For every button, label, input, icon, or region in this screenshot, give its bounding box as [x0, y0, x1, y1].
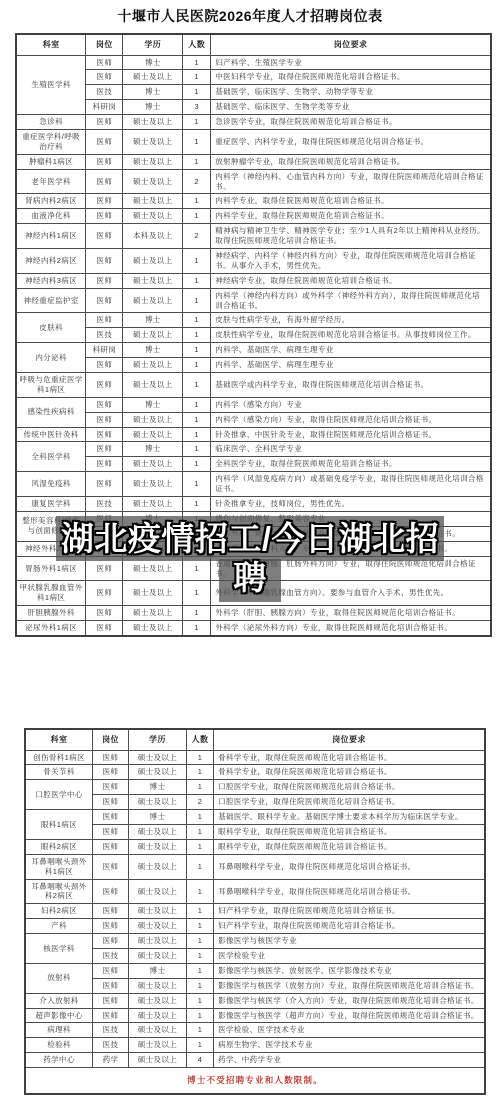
table-row: 介入放射科医师硕士及以上1影像医学与核医学（介入方向）专业，取得住院医师规范化培… — [25, 993, 485, 1008]
requirement-cell: 病原生物学、医学技术专业 — [214, 1038, 485, 1053]
requirement-cell: 影像医学与核医学、放射医学、医学影像技术专业 — [214, 963, 485, 978]
post-cell: 医师 — [86, 358, 123, 373]
requirement-cell: 妇产科学、生殖医学专业 — [211, 55, 491, 70]
degree-cell: 硕士及以上 — [128, 993, 186, 1008]
requirement-cell: 眼科学专业，取得住院医师规范化培训合格证书。 — [214, 839, 485, 854]
count-cell: 1 — [183, 497, 211, 512]
requirement-cell: 神经病学、内科学（神经内科方向）专业，取得住院医师规范化培训合格证书。从事介入手… — [211, 249, 491, 274]
degree-cell: 硕士及以上 — [123, 358, 183, 373]
requirement-cell: 口腔医学专业，取得住院医师规范化培训合格证书。 — [214, 795, 485, 810]
degree-cell: 硕士及以上 — [128, 1023, 186, 1038]
requirement-cell: 内科学（神经内科方向）或外科学（神经外科方向），取得住院医师规范化培训合格证书。 — [211, 288, 491, 313]
requirement-cell: 外科学（泌尿外科方向）专业，取得住院医师规范化培训合格证书。 — [211, 621, 491, 636]
requirement-cell: 内科学（风湿免疫病方向）或基础免疫学专业，取得住院医师规范化培训合格证书。 — [211, 472, 491, 497]
count-cell: 1 — [186, 750, 213, 765]
requirement-cell: 妇产科学专业，取得住院医师规范化培训合格证书。 — [214, 919, 485, 934]
table-row: 医师硕士及以上1全科医学专业，取得住院医师规范化培训合格证书。 — [16, 457, 491, 472]
post-cell: 医师 — [86, 457, 123, 472]
dept-cell: 放射科 — [25, 963, 93, 993]
post-cell: 医师 — [86, 273, 123, 288]
post-cell: 医师 — [86, 472, 123, 497]
post-cell: 医师 — [86, 373, 123, 398]
count-cell: 1 — [183, 541, 211, 556]
degree-cell: 硕士及以上 — [123, 154, 183, 169]
degree-cell: 博士 — [123, 85, 183, 100]
count-cell: 1 — [183, 130, 211, 155]
degree-cell: 硕士及以上 — [123, 373, 183, 398]
dept-cell: 妇科2病区 — [25, 904, 93, 919]
post-cell: 医师 — [93, 904, 129, 919]
count-cell: 1 — [186, 854, 213, 879]
table-row: 内分泌科科研岗博士1内科学、基础医学、病理生理专业 — [16, 343, 491, 358]
degree-cell: 硕士及以上 — [123, 115, 183, 130]
degree-cell: 硕士及以上 — [128, 765, 186, 780]
degree-cell: 博士 — [128, 810, 186, 825]
dept-cell: 介入放射科 — [25, 993, 93, 1008]
requirement-cell: 整形外科、烧伤与创面修复专业，取得住院医师规范化培训合格证书。 — [211, 526, 491, 541]
degree-cell: 硕士及以上 — [128, 839, 186, 854]
table-row: 神经重症监护室医师硕士及以上1内科学（神经内科方向）或外科学（神经外科方向），取… — [16, 288, 491, 313]
degree-cell: 博士 — [123, 55, 183, 70]
dept-cell: 老年医学科 — [16, 169, 86, 194]
requirement-cell: 外科学（神经外科方向）专业，取得住院医师规范化培训合格证书。 — [211, 541, 491, 556]
requirement-cell: 口腔医学专业，取得住院医师规范化培训合格证书。 — [214, 780, 485, 795]
table-row: 医师硕士及以上1内科学、基础医学、病理生理专业 — [16, 358, 491, 373]
requirement-cell: 医学检验、医学技术专业 — [214, 1023, 485, 1038]
requirement-cell: 烧伤与创面修复、整形美容专业 — [211, 511, 491, 526]
dept-cell: 皮肤科 — [16, 313, 86, 343]
table-row: 医技硕士及以上1医学检验专业 — [25, 949, 485, 964]
requirement-cell: 重症医学、内科学专业，取得住院医师规范化培训合格证书。 — [211, 130, 491, 155]
recruit-table-part2: 科室岗位学历人数岗位要求创伤骨科1病区医师硕士及以上1骨科学专业，取得住院医师规… — [24, 728, 486, 1095]
post-cell: 科研岗 — [86, 100, 123, 115]
count-cell: 1 — [183, 85, 211, 100]
degree-cell: 硕士及以上 — [123, 581, 183, 606]
post-cell: 医师 — [86, 194, 123, 209]
dept-cell: 眼科2病区 — [25, 839, 93, 854]
table-row: 泌尿外科1病区医师硕士及以上1外科学（泌尿外科方向）专业，取得住院医师规范化培训… — [16, 621, 491, 636]
degree-cell: 硕士及以上 — [128, 1053, 186, 1068]
dept-cell: 病理科 — [25, 1023, 93, 1038]
table-row: 产科医师硕士及以上1妇产科学专业，取得住院医师规范化培训合格证书。 — [25, 919, 485, 934]
table-row: 血液净化科医师硕士及以上1内科学专业，取得住院医师规范化培训合格证书。 — [16, 209, 491, 224]
count-cell: 1 — [183, 526, 211, 541]
requirement-cell: 放射肿瘤学专业，取得住院医师规范化培训合格证书。 — [211, 154, 491, 169]
count-cell: 1 — [183, 115, 211, 130]
header-row: 科室岗位学历人数岗位要求 — [16, 34, 491, 55]
requirement-cell: 急诊医学专业，取得住院医师规范化培训合格证书。 — [211, 115, 491, 130]
count-cell: 1 — [186, 1038, 213, 1053]
table-row: 重症医学科/呼吸治疗科医师硕士及以上1重症医学、内科学专业，取得住院医师规范化培… — [16, 130, 491, 155]
degree-cell: 硕士及以上 — [123, 606, 183, 621]
count-cell: 1 — [186, 993, 213, 1008]
table-row: 放射科医师博士1影像医学与核医学、放射医学、医学影像技术专业 — [25, 963, 485, 978]
table-row: 全科医学科医师博士1临床医学、全科医学专业 — [16, 442, 491, 457]
count-cell: 1 — [183, 249, 211, 274]
degree-cell: 硕士及以上 — [123, 556, 183, 581]
count-cell: 1 — [183, 209, 211, 224]
degree-cell: 硕士及以上 — [123, 209, 183, 224]
requirement-cell: 基础医学、眼科学专业。基础医学博士要求本科学历为临床医学专业。 — [214, 810, 485, 825]
count-cell: 1 — [186, 780, 213, 795]
count-cell: 1 — [186, 810, 213, 825]
dept-cell: 肾病内科2病区 — [16, 194, 86, 209]
table-row: 检验科医技硕士及以上1病原生物学、医学技术专业 — [25, 1038, 485, 1053]
requirement-cell: 基础医学、临床医学、生物学类等专业 — [211, 100, 491, 115]
degree-cell: 硕士及以上 — [128, 919, 186, 934]
requirement-cell: 基础医学或内科学专业，取得住院医师规范化培训合格证书。 — [211, 373, 491, 398]
table-row: 医技博士1基础医学、临床医学、生物学、动物学等专业 — [16, 85, 491, 100]
requirement-cell: 内科学专业，取得住院医师规范化培训合格证书。 — [211, 209, 491, 224]
table-row: 皮肤科医师博士1皮肤与性病学专业，有海外留学经历。 — [16, 313, 491, 328]
post-cell: 医师 — [93, 750, 129, 765]
degree-cell: 硕士及以上 — [123, 249, 183, 274]
requirement-cell: 针灸推拿、中医针灸专业，取得住院医师规范化培训合格证书。 — [211, 427, 491, 442]
dept-cell: 泌尿外科1病区 — [16, 621, 86, 636]
table-row: 耳鼻咽喉头颈外科2病区医师硕士及以上1耳鼻咽喉科学专业，取得住院医师规范化培训合… — [25, 879, 485, 904]
post-cell: 医师 — [86, 397, 123, 412]
degree-cell: 博士 — [123, 511, 183, 526]
degree-cell: 硕士及以上 — [123, 526, 183, 541]
table-row: 神经内科3病区医师硕士及以上1神经病学专业，取得住院医师规范化培训合格证书。 — [16, 273, 491, 288]
count-cell: 1 — [183, 581, 211, 606]
col-header: 学历 — [128, 729, 186, 750]
count-cell: 1 — [186, 934, 213, 949]
count-cell: 2 — [186, 795, 213, 810]
degree-cell: 硕士及以上 — [128, 1008, 186, 1023]
page-title: 十堰市人民医院2026年度人才招聘岗位表 — [0, 6, 500, 26]
degree-cell: 硕士及以上 — [123, 70, 183, 85]
requirement-cell: 影像医学与核医学专业 — [214, 934, 485, 949]
table-row: 神经内科1病区医师本科及以上2精神病与精神卫生学、精神医学专业；至少1人具有2年… — [16, 224, 491, 249]
table-row: 科研岗博士3基础医学、临床医学、生物学类等专业 — [16, 100, 491, 115]
post-cell: 医师 — [93, 765, 129, 780]
table-row: 妇科2病区医师硕士及以上1妇产科学专业，取得住院医师规范化培训合格证书。 — [25, 904, 485, 919]
count-cell: 1 — [183, 328, 211, 343]
table-row: 老年医学科医师硕士及以上2内科学（神经内科、心血管内科方向）专业，取得住院医师规… — [16, 169, 491, 194]
table-row: 耳鼻咽喉头颈外科1病区医师硕士及以上1耳鼻咽喉科学专业，取得住院医师规范化培训合… — [25, 854, 485, 879]
post-cell: 医师 — [86, 412, 123, 427]
count-cell: 1 — [183, 55, 211, 70]
post-cell: 医师 — [86, 313, 123, 328]
dept-cell: 内分泌科 — [16, 343, 86, 373]
count-cell: 1 — [183, 70, 211, 85]
table-row: 整形美容科/烧伤与创面修复科医师博士1烧伤与创面修复、整形美容专业 — [16, 511, 491, 526]
count-cell: 1 — [183, 606, 211, 621]
dept-cell: 核医学科 — [25, 934, 93, 964]
count-cell: 1 — [186, 765, 213, 780]
count-cell: 1 — [183, 442, 211, 457]
col-header: 科室 — [25, 729, 93, 750]
col-header: 岗位 — [86, 34, 123, 55]
requirement-cell: 外科学（肝胆、胰腺方向）专业，取得住院医师规范化培训合格证书。 — [211, 606, 491, 621]
count-cell: 1 — [186, 879, 213, 904]
col-header: 岗位要求 — [214, 729, 485, 750]
count-cell: 2 — [183, 169, 211, 194]
requirement-cell: 医学检验专业 — [214, 949, 485, 964]
table-row: 胃肠外科1病区医师硕士及以上1普通外科学（胃肠、肛肠外科方向）专业，取得住院医师… — [16, 556, 491, 581]
dept-cell: 眼科1病区 — [25, 810, 93, 840]
recruit-table-part1: 科室岗位学历人数岗位要求生殖医学科医师博士1妇产科学、生殖医学专业医师硕士及以上… — [15, 33, 492, 637]
dept-cell: 风湿免疫科 — [16, 472, 86, 497]
dept-cell: 神经外科2病区 — [16, 541, 86, 556]
table-row: 核医学科医师硕士及以上1影像医学与核医学专业 — [25, 934, 485, 949]
requirement-cell: 耳鼻咽喉科学专业，取得住院医师规范化培训合格证书。 — [214, 879, 485, 904]
degree-cell: 硕士及以上 — [123, 273, 183, 288]
count-cell: 1 — [186, 963, 213, 978]
dept-cell: 感染性疾病科 — [16, 397, 86, 427]
post-cell: 医师 — [86, 442, 123, 457]
requirement-cell: 全科医学专业，取得住院医师规范化培训合格证书。 — [211, 457, 491, 472]
table-row: 急诊科医师硕士及以上1急诊医学专业，取得住院医师规范化培训合格证书。 — [16, 115, 491, 130]
footnote-doctoral-exemption: 博士不受招聘专业和人数限制。 — [25, 1068, 485, 1095]
degree-cell: 硕士及以上 — [123, 541, 183, 556]
footnote-row: 博士不受招聘专业和人数限制。 — [25, 1068, 485, 1095]
dept-cell: 康复医学科 — [16, 497, 86, 512]
count-cell: 1 — [183, 412, 211, 427]
table-row: 医师硕士及以上1眼科学专业，取得住院医师规范化培训合格证书。 — [25, 825, 485, 840]
degree-cell: 硕士及以上 — [128, 795, 186, 810]
post-cell: 医师 — [86, 70, 123, 85]
table-row: 康复医学科医技硕士及以上1针灸推拿专业，技师岗位，男性优先。 — [16, 497, 491, 512]
degree-cell: 博士 — [123, 343, 183, 358]
count-cell: 1 — [183, 194, 211, 209]
dept-cell: 重症医学科/呼吸治疗科 — [16, 130, 86, 155]
requirement-cell: 耳鼻咽喉科学专业，取得住院医师规范化培训合格证书。 — [214, 854, 485, 879]
count-cell: 1 — [186, 978, 213, 993]
post-cell: 医技 — [86, 497, 123, 512]
dept-cell: 肝胆胰腺外科 — [16, 606, 86, 621]
header-row: 科室岗位学历人数岗位要求 — [25, 729, 485, 750]
dept-cell: 胃肠外科1病区 — [16, 556, 86, 581]
degree-cell: 硕士及以上 — [128, 825, 186, 840]
post-cell: 医师 — [93, 854, 129, 879]
table-row: 甲状腺乳腺血管外科1病区医师硕士及以上1外科学（甲状腺乳腺血管方向）。要参与血管… — [16, 581, 491, 606]
table-row: 传统中医针灸科医师硕士及以上1针灸推拿、中医针灸专业，取得住院医师规范化培训合格… — [16, 427, 491, 442]
count-cell: 1 — [183, 343, 211, 358]
table-row: 医师硕士及以上2口腔医学专业，取得住院医师规范化培训合格证书。 — [25, 795, 485, 810]
dept-cell: 神经重症监护室 — [16, 288, 86, 313]
requirement-cell: 影像医学与核医学（超声方向）专业，取得住院医师规范化培训合格证书。 — [214, 1008, 485, 1023]
table-row: 口腔医学中心医师博士1口腔医学专业，取得住院医师规范化培训合格证书。 — [25, 780, 485, 795]
dept-cell: 口腔医学中心 — [25, 780, 93, 810]
requirement-cell: 骨科学专业，取得住院医师规范化培训合格证书。 — [214, 750, 485, 765]
table-row: 肿瘤科1病区医师硕士及以上1放射肿瘤学专业，取得住院医师规范化培训合格证书。 — [16, 154, 491, 169]
post-cell: 医师 — [86, 288, 123, 313]
table-row: 眼科2病区医师硕士及以上1眼科学专业，取得住院医师规范化培训合格证书。 — [25, 839, 485, 854]
post-cell: 医师 — [93, 795, 129, 810]
post-cell: 医师 — [86, 511, 123, 526]
post-cell: 医师 — [86, 581, 123, 606]
dept-cell: 急诊科 — [16, 115, 86, 130]
table-row: 医师硕士及以上1整形外科、烧伤与创面修复专业，取得住院医师规范化培训合格证书。 — [16, 526, 491, 541]
table-row: 呼吸与危重症医学科1病区医师硕士及以上1基础医学或内科学专业，取得住院医师规范化… — [16, 373, 491, 398]
requirement-cell: 基础医学、临床医学、生物学、动物学等专业 — [211, 85, 491, 100]
post-cell: 医师 — [86, 621, 123, 636]
count-cell: 1 — [186, 1008, 213, 1023]
requirement-cell: 外科学（甲状腺乳腺血管方向）。要参与血管介入手术，男性优先。 — [211, 581, 491, 606]
requirement-cell: 妇产科学专业，取得住院医师规范化培训合格证书。 — [214, 904, 485, 919]
table-row: 病理科医技硕士及以上1医学检验、医学技术专业 — [25, 1023, 485, 1038]
dept-cell: 整形美容科/烧伤与创面修复科 — [16, 511, 86, 541]
requirement-cell: 内科学、基础医学、病理生理专业 — [211, 343, 491, 358]
post-cell: 医师 — [86, 526, 123, 541]
degree-cell: 本科及以上 — [123, 224, 183, 249]
post-cell: 医师 — [86, 55, 123, 70]
post-cell: 医师 — [86, 169, 123, 194]
post-cell: 医技 — [93, 949, 129, 964]
count-cell: 1 — [186, 904, 213, 919]
degree-cell: 硕士及以上 — [128, 934, 186, 949]
requirement-cell: 骨科学专业，取得住院医师规范化培训合格证书。 — [214, 765, 485, 780]
count-cell: 1 — [183, 373, 211, 398]
count-cell: 4 — [186, 1053, 213, 1068]
count-cell: 1 — [186, 919, 213, 934]
table-row: 肾病内科2病区医师硕士及以上1内科学专业，取得住院医师规范化培训合格证书。 — [16, 194, 491, 209]
post-cell: 科研岗 — [86, 343, 123, 358]
post-cell: 医技 — [86, 85, 123, 100]
post-cell: 医师 — [86, 130, 123, 155]
dept-cell: 传统中医针灸科 — [16, 427, 86, 442]
degree-cell: 博士 — [128, 780, 186, 795]
col-header: 学历 — [123, 34, 183, 55]
degree-cell: 硕士及以上 — [128, 854, 186, 879]
degree-cell: 博士 — [123, 442, 183, 457]
post-cell: 医师 — [86, 606, 123, 621]
requirement-cell: 影像医学与核医学（放射方向）专业，取得住院医师规范化培训合格证书。 — [214, 978, 485, 993]
dept-cell: 药学中心 — [25, 1053, 93, 1068]
requirement-cell: 眼科学专业，取得住院医师规范化培训合格证书。 — [214, 825, 485, 840]
degree-cell: 硕士及以上 — [123, 194, 183, 209]
dept-cell: 呼吸与危重症医学科1病区 — [16, 373, 86, 398]
table-row: 感染性疾病科医师博士1内科学（感染方向）专业 — [16, 397, 491, 412]
dept-cell: 创伤骨科1病区 — [25, 750, 93, 765]
requirement-cell: 内科学专业，取得住院医师规范化培训合格证书。 — [211, 194, 491, 209]
degree-cell: 硕士及以上 — [123, 288, 183, 313]
post-cell: 医师 — [86, 427, 123, 442]
requirement-cell: 皮肤性病学专业，取得住院医师规范化培训合格证书。从事技师岗位工作。 — [211, 328, 491, 343]
post-cell: 医师 — [93, 1008, 129, 1023]
degree-cell: 硕士及以上 — [123, 621, 183, 636]
post-cell: 医师 — [86, 556, 123, 581]
dept-cell: 生殖医学科 — [16, 55, 86, 115]
dept-cell: 血液净化科 — [16, 209, 86, 224]
count-cell: 1 — [183, 427, 211, 442]
post-cell: 医师 — [93, 934, 129, 949]
dept-cell: 神经内科2病区 — [16, 249, 86, 274]
count-cell: 1 — [183, 313, 211, 328]
post-cell: 医师 — [93, 780, 129, 795]
post-cell: 医师 — [93, 879, 129, 904]
degree-cell: 硕士及以上 — [123, 328, 183, 343]
post-cell: 医师 — [86, 209, 123, 224]
count-cell: 1 — [186, 1023, 213, 1038]
table-row: 眼科1病区医师博士1基础医学、眼科学专业。基础医学博士要求本科学历为临床医学专业… — [25, 810, 485, 825]
degree-cell: 硕士及以上 — [123, 169, 183, 194]
degree-cell: 硕士及以上 — [128, 978, 186, 993]
requirement-cell: 精神病与精神卫生学、精神医学专业；至少1人具有2年以上精神科从业经历。取得住院医… — [211, 224, 491, 249]
dept-cell: 超声影像中心 — [25, 1008, 93, 1023]
count-cell: 1 — [186, 825, 213, 840]
requirement-cell: 皮肤与性病学专业，有海外留学经历。 — [211, 313, 491, 328]
requirement-cell: 中医妇科学专业，取得住院医师规范化培训合格证书。 — [211, 70, 491, 85]
degree-cell: 博士 — [123, 100, 183, 115]
col-header: 科室 — [16, 34, 86, 55]
degree-cell: 硕士及以上 — [123, 457, 183, 472]
count-cell: 3 — [183, 100, 211, 115]
col-header: 岗位要求 — [211, 34, 491, 55]
count-cell: 1 — [183, 621, 211, 636]
requirement-cell: 内科学（感染方向）专业，取得住院医师规范化培训合格证书。 — [211, 412, 491, 427]
count-cell: 1 — [183, 154, 211, 169]
table-row: 创伤骨科1病区医师硕士及以上1骨科学专业，取得住院医师规范化培训合格证书。 — [25, 750, 485, 765]
degree-cell: 硕士及以上 — [123, 130, 183, 155]
degree-cell: 硕士及以上 — [128, 949, 186, 964]
table-row: 医师硕士及以上1中医妇科学专业，取得住院医师规范化培训合格证书。 — [16, 70, 491, 85]
post-cell: 医师 — [86, 115, 123, 130]
requirement-cell: 内科学（神经内科、心血管内科方向）专业，取得住院医师规范化培训合格证书。 — [211, 169, 491, 194]
table-row: 神经内科2病区医师硕士及以上1神经病学、内科学（神经内科方向）专业，取得住院医师… — [16, 249, 491, 274]
dept-cell: 全科医学科 — [16, 442, 86, 472]
post-cell: 医师 — [86, 541, 123, 556]
post-cell: 医师 — [86, 249, 123, 274]
dept-cell: 甲状腺乳腺血管外科1病区 — [16, 581, 86, 606]
degree-cell: 硕士及以上 — [123, 427, 183, 442]
table-row: 风湿免疫科医师硕士及以上1内科学（风湿免疫病方向）或基础免疫学专业，取得住院医师… — [16, 472, 491, 497]
col-header: 岗位 — [93, 729, 129, 750]
post-cell: 医技 — [93, 1023, 129, 1038]
dept-cell: 肿瘤科1病区 — [16, 154, 86, 169]
table-row: 神经外科2病区医师硕士及以上1外科学（神经外科方向）专业，取得住院医师规范化培训… — [16, 541, 491, 556]
table-row: 肝胆胰腺外科医师硕士及以上1外科学（肝胆、胰腺方向）专业，取得住院医师规范化培训… — [16, 606, 491, 621]
requirement-cell: 药学、中药学专业 — [214, 1053, 485, 1068]
table-row: 医技硕士及以上1皮肤性病学专业，取得住院医师规范化培训合格证书。从事技师岗位工作… — [16, 328, 491, 343]
post-cell: 医师 — [93, 839, 129, 854]
dept-cell: 神经内科1病区 — [16, 224, 86, 249]
count-cell: 1 — [183, 511, 211, 526]
count-cell: 1 — [183, 457, 211, 472]
post-cell: 医师 — [93, 963, 129, 978]
post-cell: 医师 — [93, 825, 129, 840]
requirement-cell: 针灸推拿专业，技师岗位，男性优先。 — [211, 497, 491, 512]
dept-cell: 神经内科3病区 — [16, 273, 86, 288]
dept-cell: 产科 — [25, 919, 93, 934]
count-cell: 1 — [183, 397, 211, 412]
degree-cell: 博士 — [123, 397, 183, 412]
requirement-cell: 神经病学专业，取得住院医师规范化培训合格证书。 — [211, 273, 491, 288]
post-cell: 药学 — [93, 1053, 129, 1068]
requirement-cell: 临床医学、全科医学专业 — [211, 442, 491, 457]
col-header: 人数 — [186, 729, 213, 750]
dept-cell: 耳鼻咽喉头颈外科1病区 — [25, 854, 93, 879]
degree-cell: 博士 — [128, 963, 186, 978]
count-cell: 1 — [183, 472, 211, 497]
degree-cell: 硕士及以上 — [123, 497, 183, 512]
table-row: 药学中心药学硕士及以上4药学、中药学专业 — [25, 1053, 485, 1068]
count-cell: 2 — [183, 224, 211, 249]
post-cell: 医师 — [86, 154, 123, 169]
count-cell: 1 — [183, 358, 211, 373]
dept-cell: 检验科 — [25, 1038, 93, 1053]
post-cell: 医师 — [93, 919, 129, 934]
dept-cell: 耳鼻咽喉头颈外科2病区 — [25, 879, 93, 904]
count-cell: 1 — [183, 288, 211, 313]
degree-cell: 硕士及以上 — [128, 1038, 186, 1053]
requirement-cell: 内科学、基础医学、病理生理专业 — [211, 358, 491, 373]
degree-cell: 博士 — [123, 313, 183, 328]
post-cell: 医师 — [93, 993, 129, 1008]
degree-cell: 硕士及以上 — [128, 904, 186, 919]
